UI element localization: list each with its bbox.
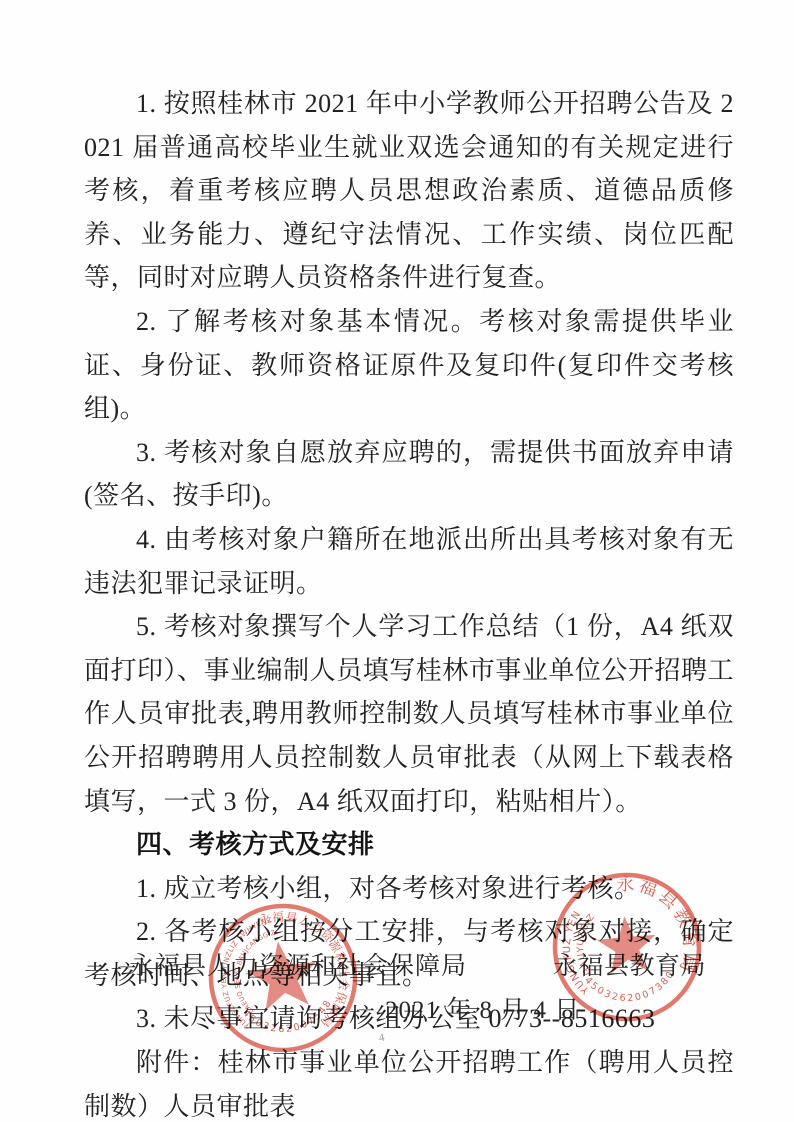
paragraph-item-1: 1. 按照桂林市 2021 年中小学教师公开招聘公告及 2021 届普通高校毕业… — [84, 82, 734, 300]
paragraph-item-2: 2. 了解考核对象基本情况。考核对象需提供毕业证、身份证、教师资格证原件及复印件… — [84, 300, 734, 431]
seal-star-icon — [595, 914, 659, 975]
official-seal-education-icon: YUNGJFUZ YEN GAUYUZGIZ 永福县教育局 4503262007… — [529, 849, 724, 1044]
scanned-document-page: 1. 按照桂林市 2021 年中小学教师公开招聘公告及 2021 届普通高校毕业… — [0, 0, 794, 1122]
attachment-line: 附件：桂林市事业单位公开招聘工作（聘用人员控制数）人员审批表 — [84, 1041, 734, 1122]
paragraph-item-3: 3. 考核对象自愿放弃应聘的，需提供书面放弃申请(签名、按手印)。 — [84, 431, 734, 518]
seal-code: 4503262007380 — [582, 967, 680, 1008]
paragraph-item-5: 5. 考核对象撰写个人学习工作总结（1 份，A4 纸双面打印）、事业编制人员填写… — [84, 605, 734, 823]
seal-star-icon — [243, 936, 322, 1012]
paragraph-item-4: 4. 由考核对象户籍所在地派出所出具考核对象有无违法犯罪记录证明。 — [84, 518, 734, 605]
official-seal-hrss-icon: YUNGZFUZ YEN YINZLIZ SWHYENZ CAEUQ SEVEI… — [181, 876, 384, 1079]
svg-text:4503262007380: 4503262007380 — [582, 967, 680, 1008]
